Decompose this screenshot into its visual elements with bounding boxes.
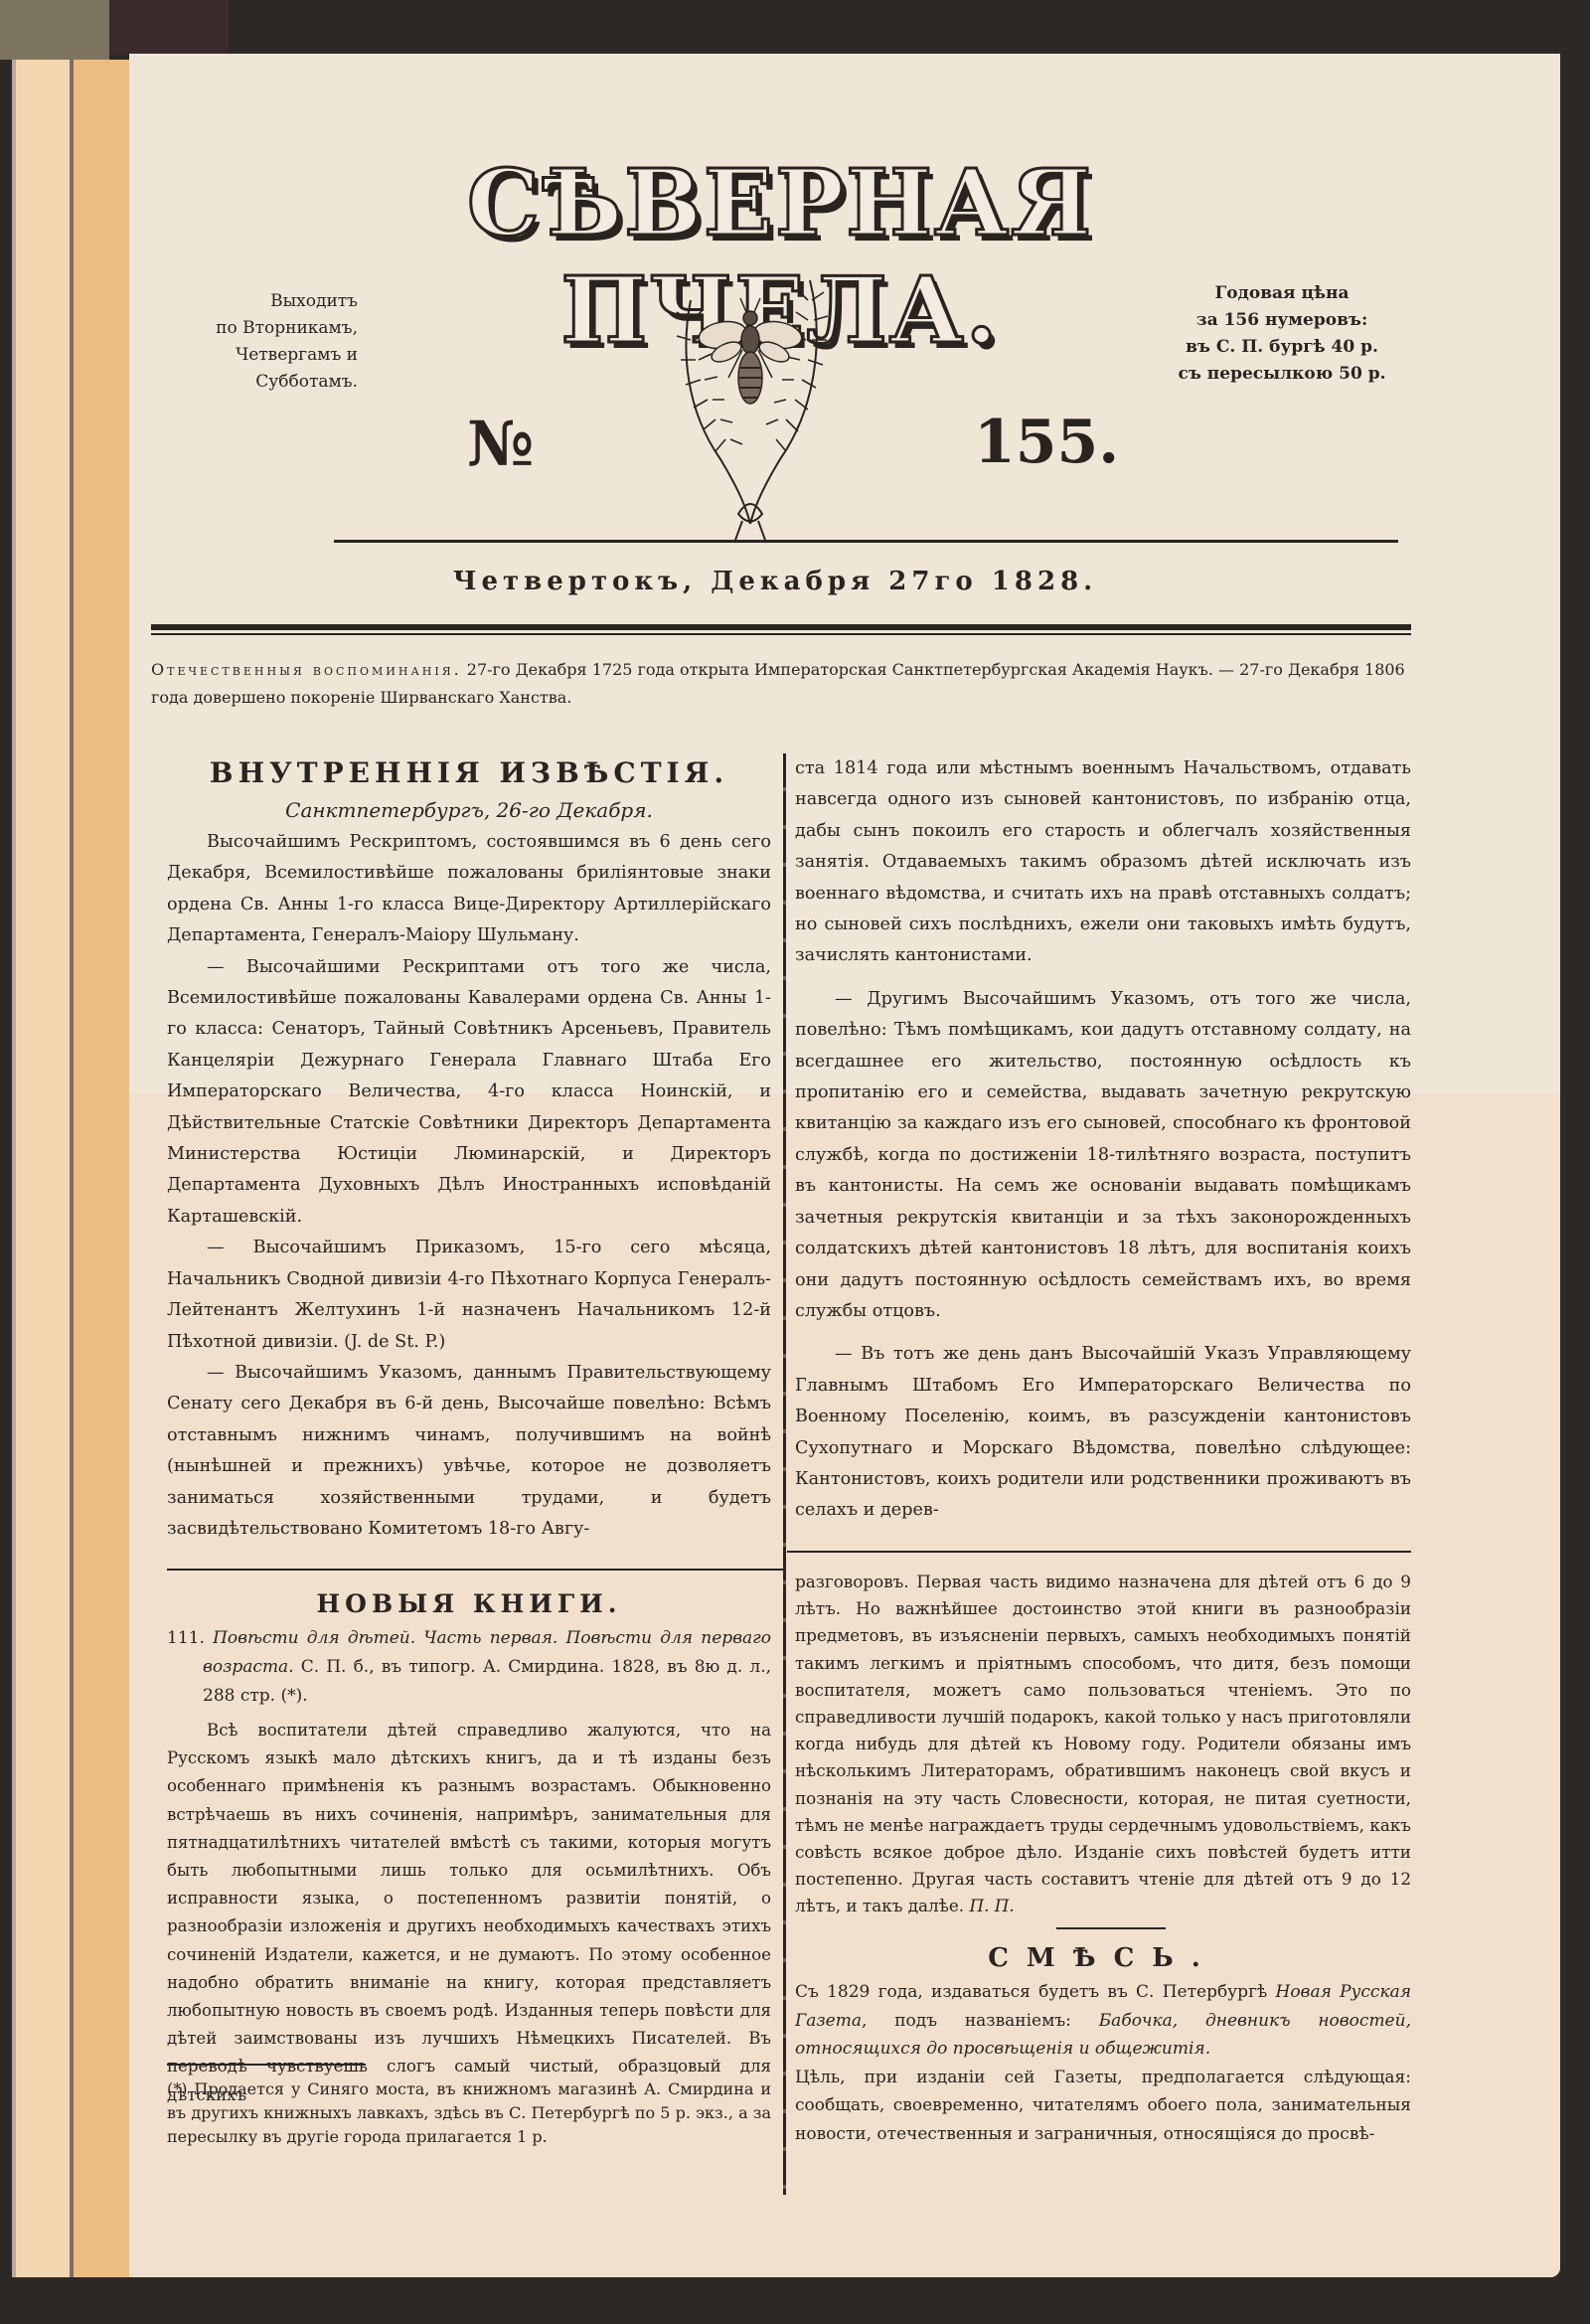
dateline-st-petersburg: Санктпетербургъ, 26-го Декабря.	[167, 793, 771, 827]
miscellany-paragraph: Съ 1829 года, издаваться будетъ въ С. Пе…	[795, 1978, 1411, 2064]
section-rule-right	[787, 1551, 1411, 1553]
issue-sign: №	[467, 408, 534, 480]
news-paragraph: Высочайшимъ Рескриптомъ, состоявшимся въ…	[167, 827, 771, 952]
short-rule	[1056, 1927, 1166, 1929]
background-surface	[0, 2277, 1590, 2324]
review-signature: П. П.	[969, 1896, 1014, 1915]
national-memories: Отечественныя воспоминанія. 27-го Декабр…	[151, 656, 1411, 712]
masthead-rule	[334, 540, 1398, 543]
column-divider	[783, 753, 786, 2195]
book-review-continuation: разговоровъ. Первая часть видимо назначе…	[795, 1569, 1411, 1920]
footnote: (*) Продается у Синяго моста, въ книжном…	[167, 2077, 771, 2149]
news-paragraph: — Высочайшимъ Указомъ, даннымъ Правитель…	[167, 1358, 771, 1545]
issue-number: 155.	[974, 408, 1119, 477]
news-paragraph: — Высочайшимъ Приказомъ, 15-го сего мѣся…	[167, 1233, 771, 1358]
section-heading-domestic-news: ВНУТРЕННІЯ ИЗВѢСТІЯ.	[167, 753, 771, 793]
news-paragraph: — Высочайшими Рескриптами отъ того же чи…	[167, 952, 771, 1234]
news-paragraph: — Другимъ Высочайшимъ Указомъ, отъ того …	[795, 984, 1411, 1327]
section-heading-new-books: НОВЫЯ КНИГИ.	[167, 1584, 771, 1624]
publication-schedule: Выходитъ по Вторникамъ, Четвергамъ и Суб…	[159, 288, 358, 396]
news-paragraph: — Въ тотъ же день данъ Высочайшій Указъ …	[795, 1339, 1411, 1526]
domestic-news-continuation: ста 1814 года или мѣстнымъ военнымъ Нача…	[795, 753, 1411, 1527]
heavy-rule	[151, 624, 1411, 630]
new-books-column: НОВЫЯ КНИГИ. 111. Повѣсти для дѣтей. Час…	[167, 1584, 771, 2109]
news-paragraph: ста 1814 года или мѣстнымъ военнымъ Нача…	[795, 753, 1411, 972]
book-listing: 111. Повѣсти для дѣтей. Часть первая. По…	[167, 1624, 771, 1711]
binding-tab-strip	[74, 60, 129, 2324]
miscellany-section: СМѢСЬ. Съ 1829 года, издаваться будетъ в…	[795, 1938, 1411, 2148]
thin-rule	[151, 633, 1411, 635]
section-rule-left	[167, 1569, 783, 1571]
footnote-rule	[167, 2064, 366, 2066]
subscription-price: Годовая цѣна за 156 нумеровъ: въ С. П. б…	[1163, 280, 1401, 388]
bee-emblem-icon	[651, 260, 850, 544]
binding-edge	[0, 0, 109, 60]
domestic-news-column: ВНУТРЕННІЯ ИЗВѢСТІЯ. Санктпетербургъ, 26…	[167, 753, 771, 1545]
section-heading-miscellany: СМѢСЬ.	[795, 1938, 1411, 1978]
miscellany-paragraph: Цѣль, при изданіи сей Газеты, предполага…	[795, 2064, 1411, 2149]
previous-page-edge	[16, 60, 72, 2324]
book-review: Всѣ воспитатели дѣтей справедливо жалуют…	[167, 1717, 771, 2109]
issue-date: Четвертокъ, Декабря 27го 1828.	[328, 567, 1222, 596]
binding-cover	[109, 0, 229, 55]
